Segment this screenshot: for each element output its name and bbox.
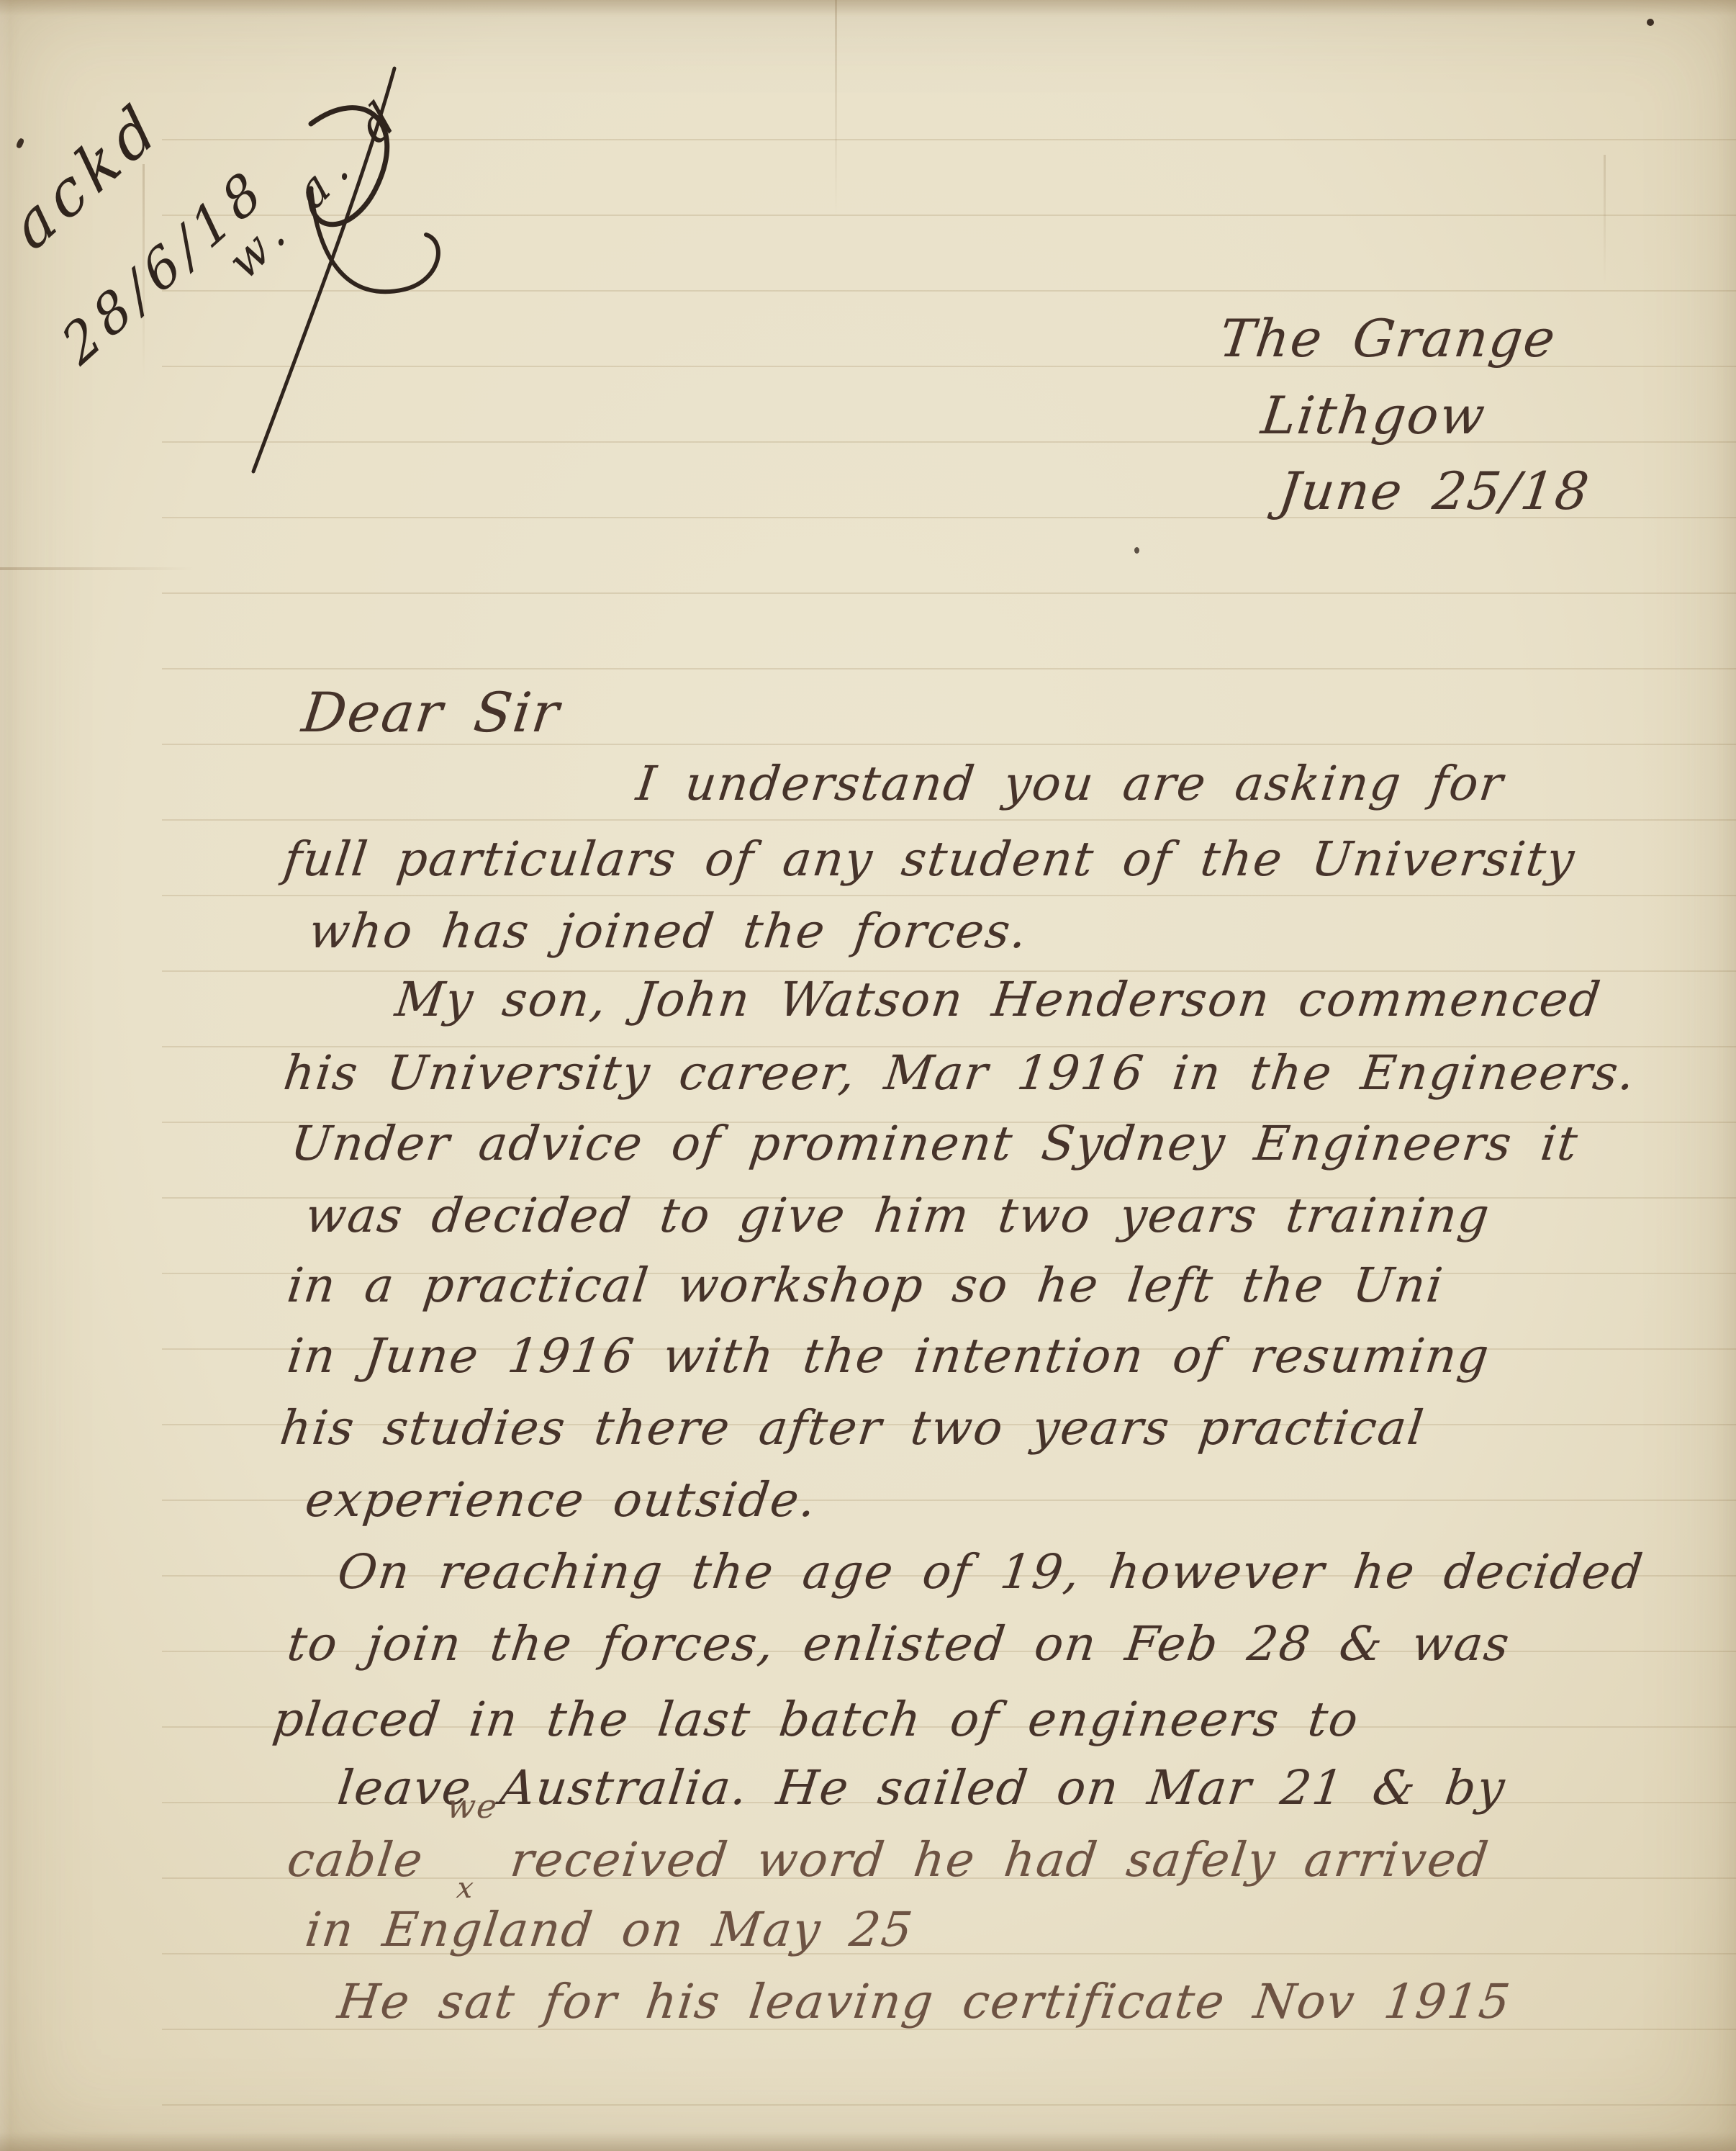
annotation-flourish-icon bbox=[0, 0, 590, 518]
letter-line: full particulars of any student of the U… bbox=[281, 831, 1578, 887]
letter-line: On reaching the age of 19, however he de… bbox=[335, 1544, 1647, 1600]
letter-line: experience outside. bbox=[302, 1472, 820, 1528]
letter-line: placed in the last batch of engineers to bbox=[270, 1692, 1362, 1747]
letter-line: his studies there after two years practi… bbox=[277, 1400, 1428, 1456]
letter-line: his University career, Mar 1916 in the E… bbox=[281, 1045, 1639, 1101]
letter-line: in June 1916 with the intention of resum… bbox=[284, 1328, 1493, 1384]
salutation: Dear Sir bbox=[299, 680, 564, 744]
letter-line: received word he had safely arrived bbox=[507, 1832, 1493, 1888]
heading-address-line1: The Grange bbox=[1216, 308, 1560, 369]
paper-crease bbox=[835, 0, 837, 216]
letter-line: cable bbox=[284, 1832, 427, 1888]
letter-line: who has joined the forces. bbox=[306, 903, 1031, 959]
ink-speck bbox=[15, 137, 24, 149]
annotation-ackd: ackd bbox=[0, 88, 173, 265]
letter-line: He sat for his leaving certificate Nov 1… bbox=[335, 1974, 1514, 2029]
letter-line: I understand you are asking for bbox=[633, 756, 1507, 811]
letter-line: Under advice of prominent Sydney Enginee… bbox=[288, 1116, 1582, 1171]
insertion-caret: x bbox=[455, 1872, 476, 1905]
letter-line: in England on May 25 bbox=[302, 1902, 917, 1957]
letter-line: was decided to give him two years traini… bbox=[302, 1188, 1493, 1243]
heading-date: June 25/18 bbox=[1275, 461, 1593, 521]
letter-line: to join the forces, enlisted on Feb 28 &… bbox=[284, 1616, 1514, 1672]
letter-line: leave Australia. He sailed on Mar 21 & b… bbox=[335, 1760, 1509, 1816]
ink-speck bbox=[1134, 547, 1139, 554]
paper-crease bbox=[1604, 155, 1606, 284]
inserted-word: we bbox=[445, 1787, 500, 1826]
paper-crease bbox=[0, 567, 194, 570]
letter-line: in a practical workshop so he left the U… bbox=[284, 1258, 1447, 1313]
letter-line: My son, John Watson Henderson commenced bbox=[392, 972, 1604, 1027]
letter-page: ackd 28/6/18 w. a. d The Grange Lithgow … bbox=[0, 0, 1736, 2151]
heading-address-line2: Lithgow bbox=[1258, 385, 1490, 446]
ink-speck bbox=[1647, 19, 1654, 26]
